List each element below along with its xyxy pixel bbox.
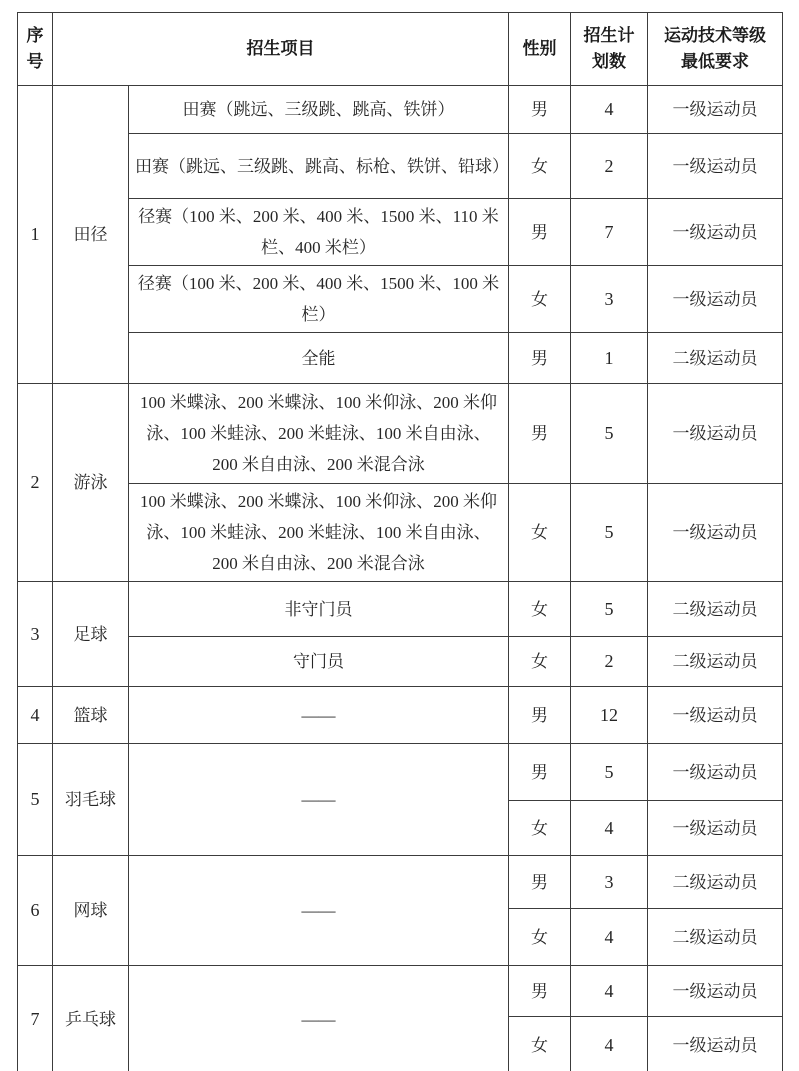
cell-project: 守门员 <box>129 637 509 687</box>
table-row: 7 乒乓球 —— 男 4 一级运动员 <box>18 966 783 1017</box>
cell-project: —— <box>129 856 509 966</box>
cell-level: 一级运动员 <box>648 266 783 333</box>
cell-plan: 5 <box>571 484 648 582</box>
cell-project: 田赛（跳远、三级跳、跳高、铁饼） <box>129 86 509 134</box>
table-row: 2 游泳 100 米蝶泳、200 米蝶泳、100 米仰泳、200 米仰泳、100… <box>18 384 783 484</box>
cell-plan: 1 <box>571 333 648 384</box>
header-project: 招生项目 <box>53 13 509 86</box>
cell-plan: 5 <box>571 582 648 637</box>
cell-level: 一级运动员 <box>648 484 783 582</box>
cell-project: 径赛（100 米、200 米、400 米、1500 米、100 米栏） <box>129 266 509 333</box>
table-row: 100 米蝶泳、200 米蝶泳、100 米仰泳、200 米仰泳、100 米蛙泳、… <box>18 484 783 582</box>
cell-sport: 游泳 <box>53 384 129 582</box>
cell-sport: 乒乓球 <box>53 966 129 1071</box>
header-level-line2: 最低要求 <box>654 49 776 75</box>
cell-plan: 4 <box>571 801 648 856</box>
table-row: 径赛（100 米、200 米、400 米、1500 米、100 米栏） 女 3 … <box>18 266 783 333</box>
cell-gender: 女 <box>509 637 571 687</box>
cell-gender: 女 <box>509 484 571 582</box>
cell-level: 一级运动员 <box>648 744 783 801</box>
cell-level: 一级运动员 <box>648 966 783 1017</box>
cell-plan: 4 <box>571 966 648 1017</box>
cell-plan: 5 <box>571 744 648 801</box>
cell-gender: 男 <box>509 86 571 134</box>
cell-project: 全能 <box>129 333 509 384</box>
header-row: 序 号 招生项目 性别 招生计 划数 运动技术等级 最低要求 <box>18 13 783 86</box>
cell-gender: 男 <box>509 384 571 484</box>
cell-level: 一级运动员 <box>648 86 783 134</box>
cell-plan: 5 <box>571 384 648 484</box>
cell-project: —— <box>129 744 509 856</box>
cell-plan: 4 <box>571 86 648 134</box>
header-plan-line2: 划数 <box>577 49 641 75</box>
header-level: 运动技术等级 最低要求 <box>648 13 783 86</box>
cell-level: 二级运动员 <box>648 856 783 909</box>
table-row: 1 田径 田赛（跳远、三级跳、跳高、铁饼） 男 4 一级运动员 <box>18 86 783 134</box>
cell-level: 二级运动员 <box>648 637 783 687</box>
cell-sport: 田径 <box>53 86 129 384</box>
cell-plan: 3 <box>571 856 648 909</box>
cell-gender: 女 <box>509 582 571 637</box>
cell-no: 7 <box>18 966 53 1071</box>
cell-plan: 2 <box>571 637 648 687</box>
header-no-line1: 序 <box>24 23 46 49</box>
cell-gender: 女 <box>509 266 571 333</box>
cell-level: 一级运动员 <box>648 687 783 744</box>
table-row: 6 网球 —— 男 3 二级运动员 <box>18 856 783 909</box>
cell-project: 100 米蝶泳、200 米蝶泳、100 米仰泳、200 米仰泳、100 米蛙泳、… <box>129 384 509 484</box>
cell-project: 非守门员 <box>129 582 509 637</box>
cell-level: 一级运动员 <box>648 1017 783 1071</box>
cell-plan: 12 <box>571 687 648 744</box>
cell-project: —— <box>129 966 509 1071</box>
cell-plan: 4 <box>571 909 648 966</box>
document-page: 序 号 招生项目 性别 招生计 划数 运动技术等级 最低要求 1 田径 田赛（跳… <box>0 0 799 1071</box>
cell-gender: 女 <box>509 801 571 856</box>
cell-sport: 羽毛球 <box>53 744 129 856</box>
cell-gender: 男 <box>509 687 571 744</box>
cell-gender: 女 <box>509 1017 571 1071</box>
table-row: 田赛（跳远、三级跳、跳高、标枪、铁饼、铅球） 女 2 一级运动员 <box>18 134 783 199</box>
header-plan-line1: 招生计 <box>577 23 641 49</box>
table-row: 5 羽毛球 —— 男 5 一级运动员 <box>18 744 783 801</box>
cell-level: 一级运动员 <box>648 199 783 266</box>
cell-project: 径赛（100 米、200 米、400 米、1500 米、110 米栏、400 米… <box>129 199 509 266</box>
cell-gender: 男 <box>509 856 571 909</box>
cell-sport: 足球 <box>53 582 129 687</box>
cell-project: 100 米蝶泳、200 米蝶泳、100 米仰泳、200 米仰泳、100 米蛙泳、… <box>129 484 509 582</box>
cell-no: 4 <box>18 687 53 744</box>
cell-level: 二级运动员 <box>648 333 783 384</box>
cell-no: 6 <box>18 856 53 966</box>
cell-no: 5 <box>18 744 53 856</box>
cell-gender: 男 <box>509 966 571 1017</box>
cell-gender: 男 <box>509 744 571 801</box>
cell-no: 1 <box>18 86 53 384</box>
header-gender: 性别 <box>509 13 571 86</box>
cell-plan: 7 <box>571 199 648 266</box>
cell-project: —— <box>129 687 509 744</box>
cell-gender: 女 <box>509 909 571 966</box>
header-level-line1: 运动技术等级 <box>654 23 776 49</box>
cell-no: 3 <box>18 582 53 687</box>
cell-gender: 男 <box>509 333 571 384</box>
header-no-line2: 号 <box>24 49 46 75</box>
cell-level: 二级运动员 <box>648 582 783 637</box>
cell-level: 一级运动员 <box>648 801 783 856</box>
cell-level: 二级运动员 <box>648 909 783 966</box>
cell-gender: 女 <box>509 134 571 199</box>
cell-project: 田赛（跳远、三级跳、跳高、标枪、铁饼、铅球） <box>129 134 509 199</box>
cell-level: 一级运动员 <box>648 134 783 199</box>
cell-sport: 篮球 <box>53 687 129 744</box>
cell-plan: 4 <box>571 1017 648 1071</box>
cell-no: 2 <box>18 384 53 582</box>
table-row: 3 足球 非守门员 女 5 二级运动员 <box>18 582 783 637</box>
table-row: 4 篮球 —— 男 12 一级运动员 <box>18 687 783 744</box>
header-no: 序 号 <box>18 13 53 86</box>
header-plan: 招生计 划数 <box>571 13 648 86</box>
cell-sport: 网球 <box>53 856 129 966</box>
cell-plan: 3 <box>571 266 648 333</box>
table-row: 全能 男 1 二级运动员 <box>18 333 783 384</box>
cell-plan: 2 <box>571 134 648 199</box>
table-row: 径赛（100 米、200 米、400 米、1500 米、110 米栏、400 米… <box>18 199 783 266</box>
cell-level: 一级运动员 <box>648 384 783 484</box>
table-row: 守门员 女 2 二级运动员 <box>18 637 783 687</box>
admissions-table: 序 号 招生项目 性别 招生计 划数 运动技术等级 最低要求 1 田径 田赛（跳… <box>17 12 783 1071</box>
cell-gender: 男 <box>509 199 571 266</box>
